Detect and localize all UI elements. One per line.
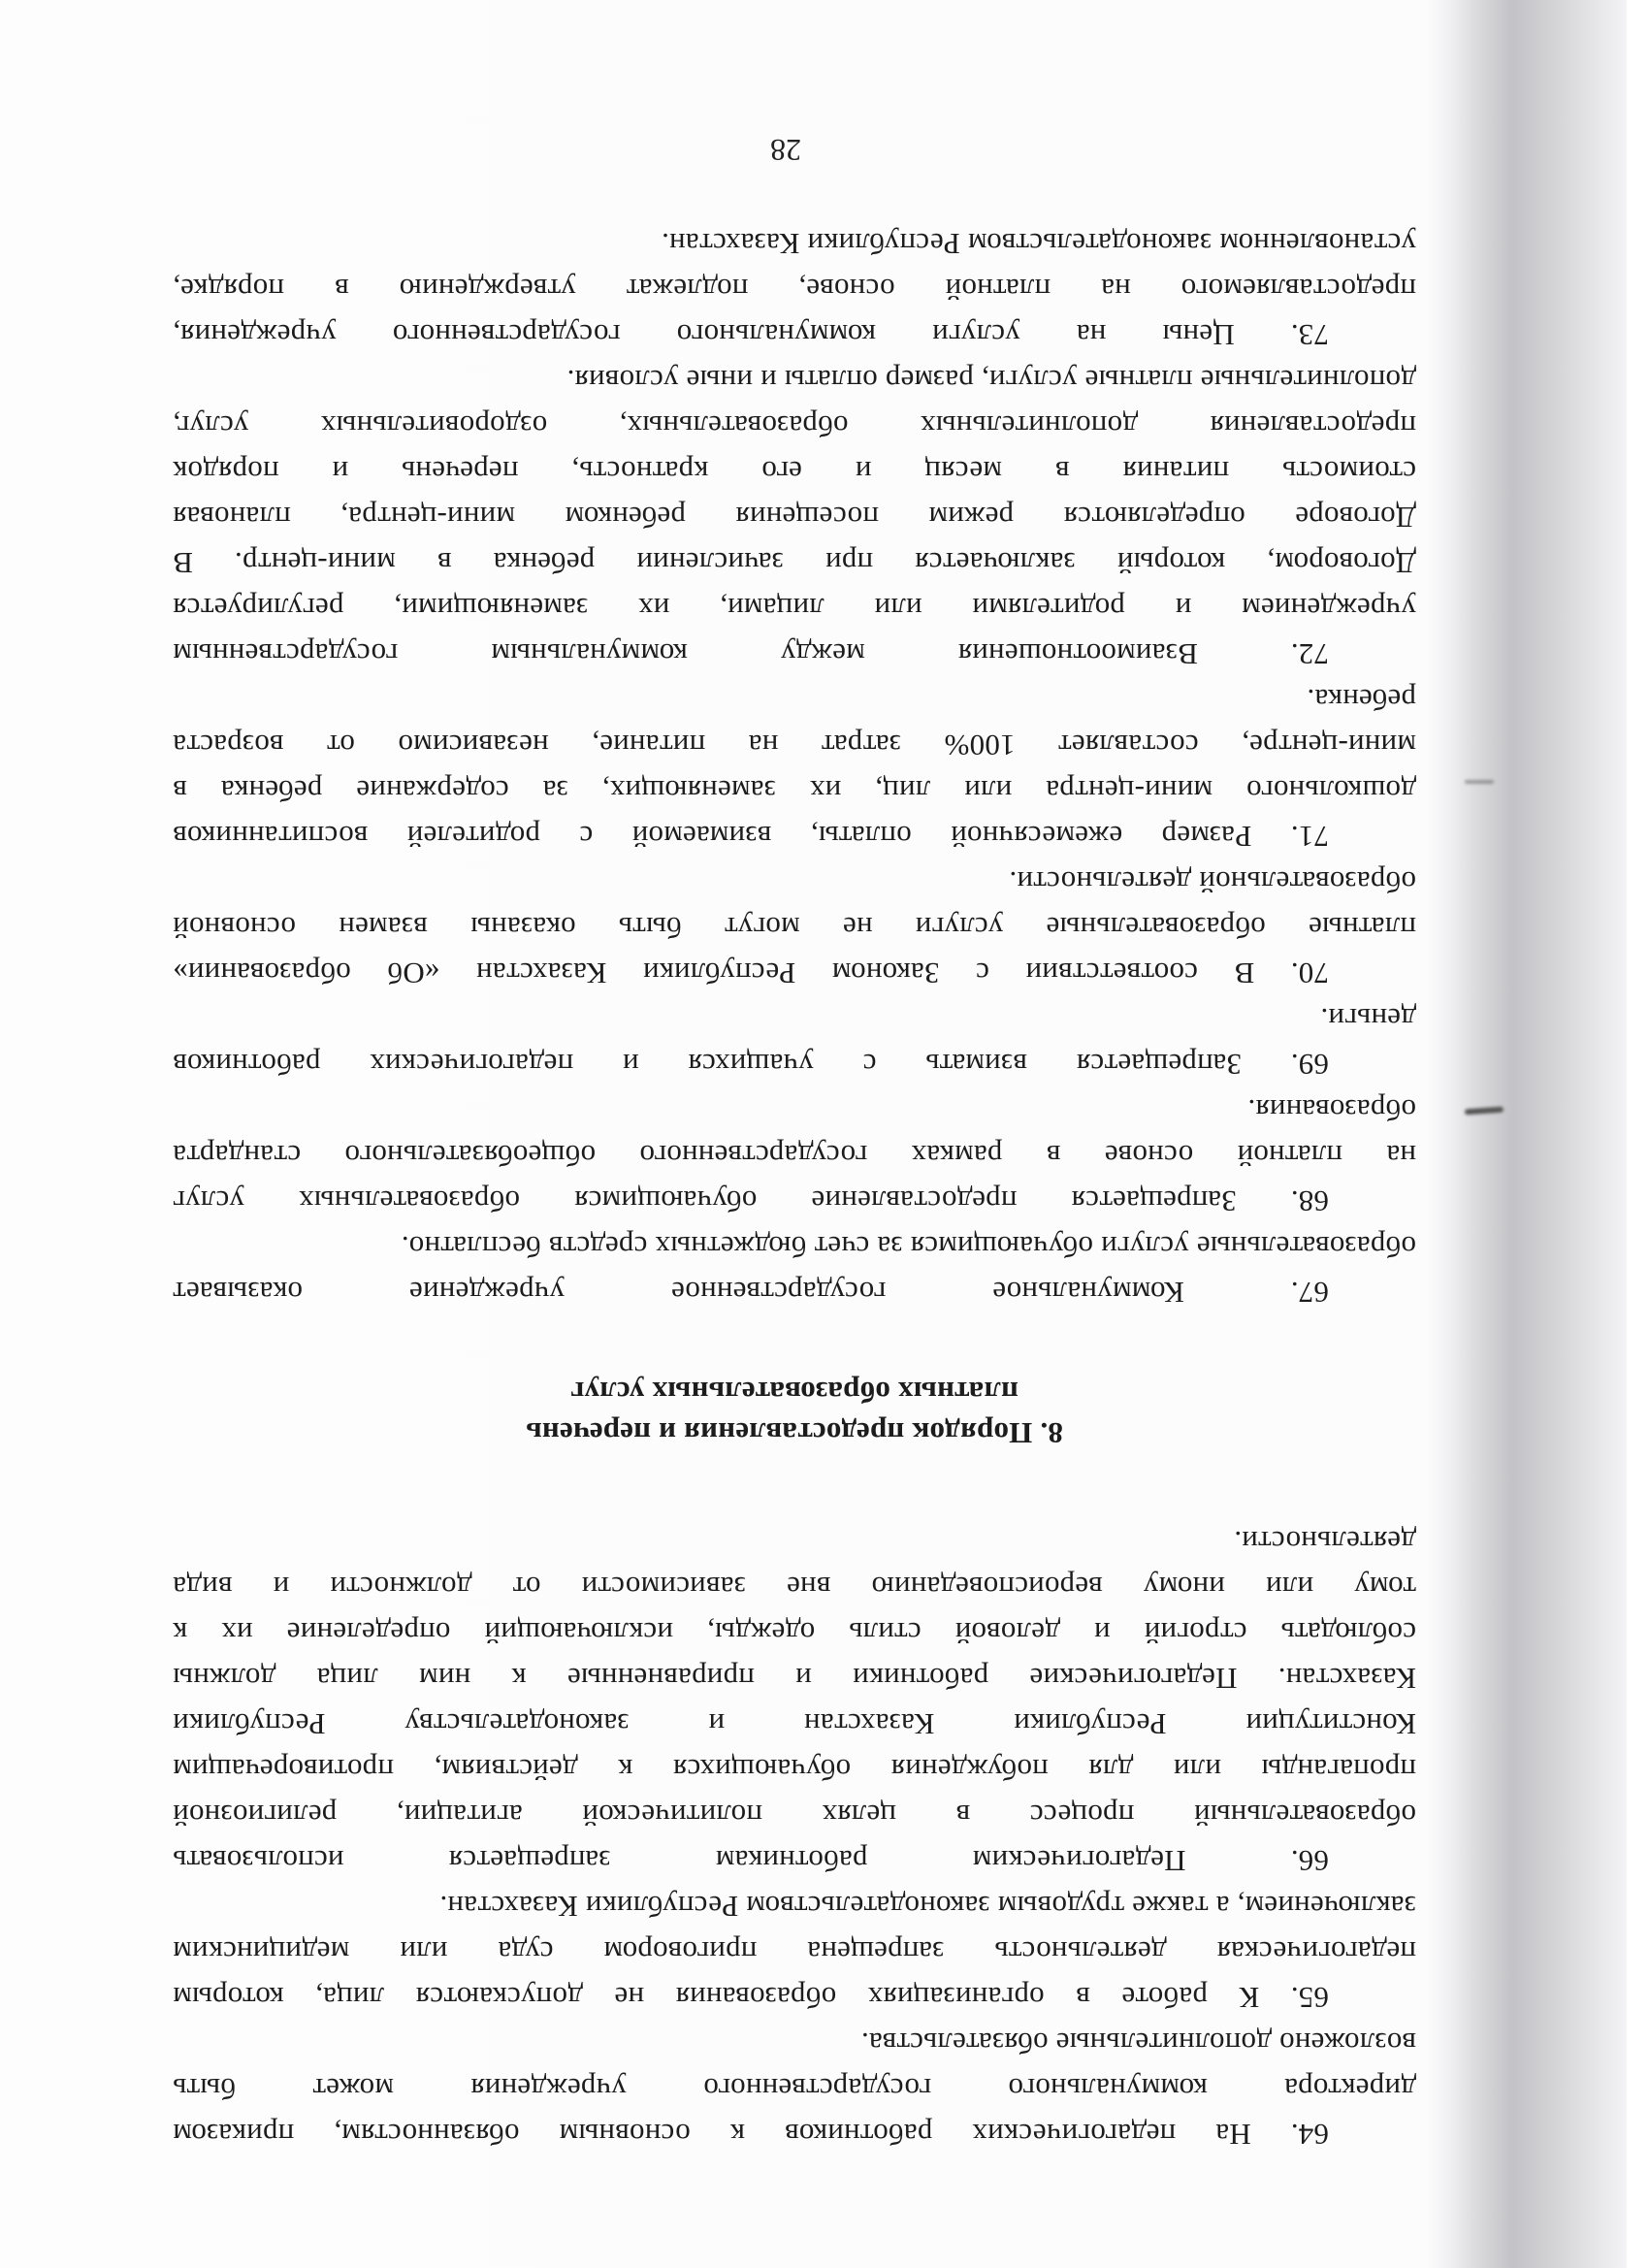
text-line: мини-центре, составляет 100% затрат на п… (173, 723, 1416, 768)
text-line: деньги. (173, 996, 1416, 1042)
text-line: предоставляемого на платной основе, подл… (173, 267, 1416, 312)
text-line: возложено дополнительные обязательства. (173, 2021, 1416, 2066)
text-line: ребенка. (173, 677, 1416, 723)
text-line: на платной основе в рамках государственн… (173, 1133, 1416, 1179)
text-line: предоставления дополнительных образовате… (173, 404, 1416, 449)
paragraph-69: 69. Запрещается взимать с учащихся и пед… (173, 996, 1416, 1087)
text-line: образовательной деятельности. (173, 859, 1416, 905)
text-line: 68. Запрещается предоставление обучающим… (173, 1179, 1416, 1224)
text-line: соблюдать строгий и деловой стиль одежды… (173, 1610, 1416, 1656)
paragraph-65: 65. К работе в организациях образования … (173, 1884, 1416, 2021)
scanned-page: 64. На педагогических работников к основ… (0, 0, 1649, 2268)
text-line: 73. Цены на услуги коммунального государ… (173, 312, 1416, 358)
text-line: установленном законодательством Республи… (173, 221, 1416, 267)
text-line: 66. Педагогическим работникам запрещаетс… (173, 1838, 1416, 1884)
text-line: 67. Коммунальное государственное учрежде… (173, 1270, 1416, 1315)
text-line: 69. Запрещается взимать с учащихся и пед… (173, 1042, 1416, 1087)
text-line: Конституции Республики Казахстан и закон… (173, 1701, 1416, 1747)
text-line: дошкольного мини-центра или лиц, их заме… (173, 768, 1416, 814)
section-heading: 8. Порядок предоставления и перечень пла… (173, 1372, 1416, 1453)
text-line: 65. К работе в организациях образования … (173, 1975, 1416, 2021)
text-line: педагогическая деятельность запрещена пр… (173, 1929, 1416, 1975)
text-line: Казахстан. Педагогические работники и пр… (173, 1656, 1416, 1701)
text-line: образовательный процесс в целях политиче… (173, 1793, 1416, 1838)
section-heading-line1: 8. Порядок предоставления и перечень (173, 1412, 1416, 1453)
document-body: 64. На педагогических работников к основ… (173, 221, 1416, 2157)
text-line: заключением, а также трудовым законодате… (173, 1884, 1416, 1929)
text-line: образовательные услуги обучающимся за сч… (173, 1224, 1416, 1270)
text-line: Договором, который заключается при зачис… (173, 540, 1416, 586)
text-line: 70. В соответствии с Законом Республики … (173, 951, 1416, 996)
paragraph-67: 67. Коммунальное государственное учрежде… (173, 1224, 1416, 1315)
text-line: стоимость питания в месяц и его кратност… (173, 449, 1416, 495)
binding-shadow (1426, 0, 1649, 2268)
paragraph-72: 72. Взаимоотношения между коммунальным г… (173, 358, 1416, 677)
text-line: 64. На педагогических работников к основ… (173, 2112, 1416, 2157)
text-line: 71. Размер ежемесячной оплаты, взимаемой… (173, 814, 1416, 859)
section-heading-line2: платных образовательных услуг (173, 1372, 1416, 1412)
text-line: пропаганды или для побуждения обучающихс… (173, 1747, 1416, 1793)
paragraph-64: 64. На педагогических работников к основ… (173, 2021, 1416, 2157)
binding-mark (1465, 780, 1494, 784)
binding-mark (1465, 1107, 1503, 1116)
page-number: 28 (0, 132, 1649, 168)
paragraph-70: 70. В соответствии с Законом Республики … (173, 859, 1416, 996)
text-line: платные образовательные услуги не могут … (173, 905, 1416, 951)
paragraph-68: 68. Запрещается предоставление обучающим… (173, 1087, 1416, 1224)
text-line: тому или иному вероисповеданию вне завис… (173, 1565, 1416, 1610)
paragraph-71: 71. Размер ежемесячной оплаты, взимаемой… (173, 677, 1416, 859)
paragraph-66: 66. Педагогическим работникам запрещаетс… (173, 1519, 1416, 1884)
text-line: дополнительные платные услуги, размер оп… (173, 358, 1416, 404)
text-line: Договоре определяются режим посещения ре… (173, 495, 1416, 540)
page-rotated-180: 64. На педагогических работников к основ… (0, 0, 1649, 2268)
text-line: образования. (173, 1087, 1416, 1133)
text-line: 72. Взаимоотношения между коммунальным г… (173, 632, 1416, 677)
paragraph-73: 73. Цены на услуги коммунального государ… (173, 221, 1416, 358)
text-line: учреждением и родителями или лицами, их … (173, 586, 1416, 632)
text-line: директора коммунального государственного… (173, 2066, 1416, 2112)
text-line: деятельности. (173, 1519, 1416, 1565)
